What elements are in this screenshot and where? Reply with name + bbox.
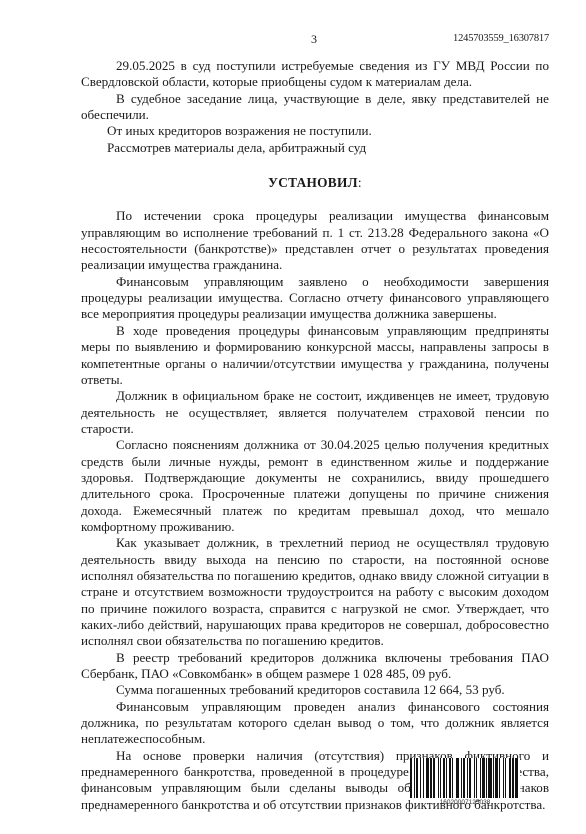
- barcode-bar: [518, 758, 519, 798]
- paragraph: Согласно пояснениям должника от 30.04.20…: [81, 437, 549, 535]
- paragraph: Как указывает должник, в трехлетний пери…: [81, 535, 549, 649]
- document-body: 29.05.2025 в суд поступили истребуемые с…: [81, 58, 549, 813]
- heading-text: УСТАНОВИЛ: [268, 175, 358, 190]
- paragraph: Финансовым управляющим заявлено о необхо…: [81, 274, 549, 323]
- section-heading: УСТАНОВИЛ:: [81, 175, 549, 191]
- paragraph: 29.05.2025 в суд поступили истребуемые с…: [81, 58, 549, 91]
- barcode-number: 16020007125038: [410, 799, 520, 806]
- page-number: 3: [311, 32, 317, 47]
- paragraph: Финансовым управляющим проведен анализ ф…: [81, 699, 549, 748]
- paragraph: Должник в официальном браке не состоит, …: [81, 388, 549, 437]
- paragraph: В реестр требований кредиторов должника …: [81, 650, 549, 683]
- paragraph: Сумма погашенных требований кредиторов с…: [81, 682, 549, 698]
- barcode: 16020007125038: [410, 758, 520, 806]
- heading-colon: :: [358, 175, 362, 190]
- paragraph: По истечении срока процедуры реализации …: [81, 208, 549, 273]
- document-id: 1245703559_16307817: [453, 33, 549, 44]
- paragraph: В ходе проведения процедуры финансовым у…: [81, 323, 549, 388]
- paragraph: Рассмотрев материалы дела, арбитражный с…: [81, 140, 549, 156]
- paragraph: В судебное заседание лица, участвующие в…: [81, 91, 549, 124]
- paragraph: От иных кредиторов возражения не поступи…: [81, 123, 549, 139]
- barcode-bars: [410, 758, 520, 798]
